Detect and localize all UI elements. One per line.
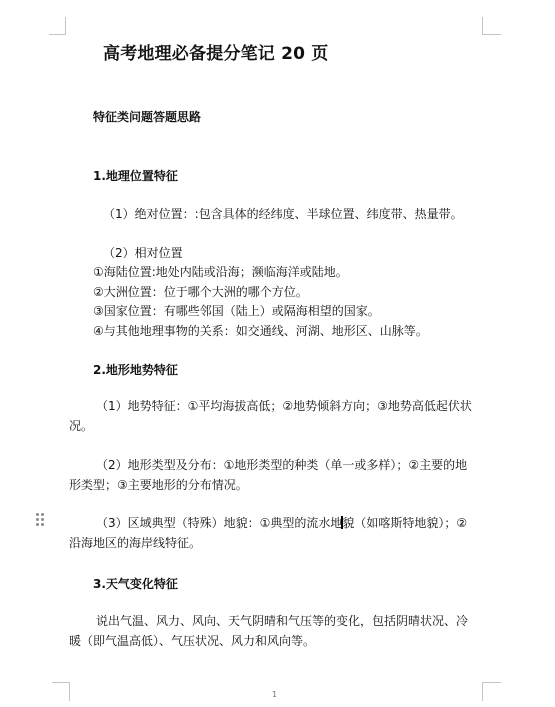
document-title: 高考地理必备提分笔记 20 页	[103, 39, 329, 64]
paragraph-absolute-location[interactable]: （1）绝对位置：:包含具体的经纬度、半球位置、纬度带、热量带。	[103, 205, 463, 222]
paragraph-line: 形类型；③主要地形的分布情况。	[69, 478, 248, 492]
list-item-country-position[interactable]: ③国家位置：有哪些邻国（陆上）或隔海相望的国家。	[93, 302, 380, 319]
list-item-sea-land-position[interactable]: ①海陆位置:地处内陆或沿海；濒临海洋或陆地。	[93, 263, 348, 280]
paragraph-typical-landforms[interactable]: （3）区域典型（特殊）地貌：①典型的流水地貌（如喀斯特地貌）；② 沿海地区的海岸…	[69, 514, 485, 553]
heading-terrain-features: 2.地形地势特征	[93, 361, 178, 378]
paragraph-line: （1）地势特征：①平均海拔高低；②地势倾斜方向；③地势高低起伏状	[96, 399, 472, 413]
heading-weather-features: 3.天气变化特征	[93, 575, 178, 592]
list-item-relation-to-features[interactable]: ④与其他地理事物的关系：如交通线、河湖、地形区、山脉等。	[93, 322, 428, 339]
paragraph-line: 况。	[69, 419, 93, 433]
paragraph-terrain-characteristics[interactable]: （1）地势特征：①平均海拔高低；②地势倾斜方向；③地势高低起伏状 况。	[69, 397, 485, 436]
paragraph-line: 沿海地区的海岸线特征。	[69, 536, 201, 550]
drag-handle-icon[interactable]	[36, 513, 44, 527]
section-heading: 特征类问题答题思路	[93, 108, 201, 125]
page-corner-top-right	[482, 17, 501, 35]
paragraph-landform-types[interactable]: （2）地形类型及分布：①地形类型的种类（单一或多样）；②主要的地 形类型；③主要…	[69, 456, 485, 495]
page-corner-bottom-right	[482, 682, 501, 701]
list-item-continent-position[interactable]: ②大洲位置：位于哪个大洲的哪个方位。	[93, 283, 308, 300]
page-corner-bottom-left	[52, 682, 70, 701]
paragraph-weather-changes[interactable]: 说出气温、风力、风向、天气阴晴和气压等的变化，包括阴晴状况、冷 暖（即气温高低）…	[69, 612, 485, 651]
paragraph-line: （2）地形类型及分布：①地形类型的种类（单一或多样）；②主要的地	[96, 458, 467, 472]
paragraph-line: 貌（如喀斯特地貌）；②	[342, 516, 467, 530]
paragraph-line: 说出气温、风力、风向、天气阴晴和气压等的变化，包括阴晴状况、冷	[96, 614, 468, 628]
paragraph-line: 暖（即气温高低）、气压状况、风力和风向等。	[69, 634, 315, 648]
heading-location-features: 1.地理位置特征	[93, 167, 178, 184]
paragraph-line: （3）区域典型（特殊）地貌：①典型的流水地	[96, 516, 342, 530]
page-corner-top-left	[49, 17, 66, 35]
paragraph-relative-location[interactable]: （2）相对位置	[103, 244, 183, 261]
page-number: 1	[272, 690, 277, 699]
